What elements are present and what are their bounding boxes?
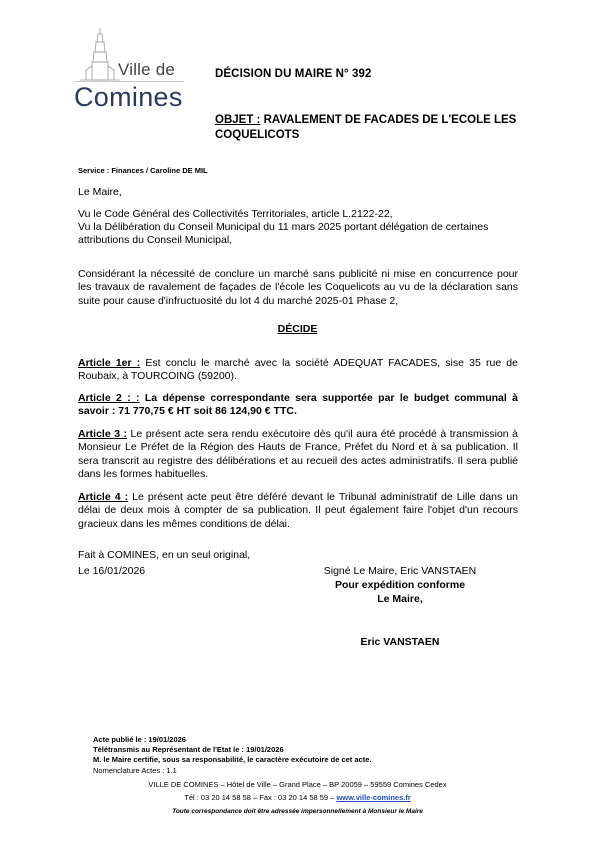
vu-deliberation: Vu la Délibération du Conseil Municipal …: [78, 221, 518, 248]
fait-a: Fait à COMINES, en un seul original,: [78, 549, 518, 562]
footer-note: Toute correspondance doit être adressée …: [0, 805, 595, 817]
decision-subject: OBJET : RAVALEMENT DE FACADES DE L'ECOLE…: [215, 113, 525, 143]
article-1-label: Article 1er :: [78, 357, 140, 369]
article-3-label: Article 3 :: [78, 428, 127, 440]
decide-heading: DÉCIDE: [0, 323, 595, 335]
considerant: Considérant la nécessité de conclure un …: [78, 268, 518, 308]
logo-line2: Comines: [74, 82, 183, 113]
expedition-conforme: Pour expédition conforme: [290, 579, 510, 592]
article-4-label: Article 4 :: [78, 491, 128, 503]
objet-label: OBJET :: [215, 114, 260, 126]
article-2: Article 2 : : La dépense correspondante …: [78, 392, 518, 419]
footer-contact: Tél : 03 20 14 58 58 – Fax : 03 20 14 58…: [0, 792, 595, 803]
website-link[interactable]: www.ville-comines.fr: [336, 793, 410, 802]
article-1: Article 1er : Est conclu le marché avec …: [78, 357, 518, 384]
acte-publie: Acte publié le : 19/01/2026: [93, 735, 186, 745]
footer-phone-fax: Tél : 03 20 14 58 58 – Fax : 03 20 14 58…: [184, 793, 336, 802]
church-spire-icon: [80, 26, 120, 82]
teletransmis: Télétransmis au Représentant de l'Etat l…: [93, 745, 284, 755]
signed-by: Signé Le Maire, Eric VANSTAEN: [290, 565, 510, 578]
city-logo: Ville de Comines: [68, 26, 188, 110]
le-maire-label: Le Maire,: [290, 593, 510, 606]
article-4: Article 4 : Le présent acte peut être dé…: [78, 491, 518, 531]
logo-line1: Ville de: [118, 60, 175, 80]
certifie: M. le Maire certifie, sous sa responsabi…: [93, 755, 371, 765]
article-2-text: La dépense correspondante sera supportée…: [78, 392, 518, 417]
nomenclature: Nomenclature Actes : 1.1: [93, 766, 177, 776]
footer-note-text: Toute correspondance doit être adressée …: [172, 808, 423, 815]
vu-code: Vu le Code Général des Collectivités Ter…: [78, 208, 518, 221]
article-3: Article 3 : Le présent acte sera rendu e…: [78, 428, 518, 481]
article-1-text: Est conclu le marché avec la société ADE…: [78, 357, 518, 382]
article-3-text: Le présent acte sera rendu exécutoire dè…: [78, 428, 518, 480]
service-line: Service : Finances / Caroline DE MIL: [78, 166, 208, 175]
objet-text: RAVALEMENT DE FACADES DE L'ECOLE LES COQ…: [215, 114, 516, 141]
decision-title: DÉCISION DU MAIRE N° 392: [215, 68, 372, 80]
footer-address: VILLE DE COMINES – Hôtel de Ville – Gran…: [0, 779, 595, 790]
mayor-name: Eric VANSTAEN: [290, 636, 510, 649]
salutation: Le Maire,: [78, 186, 518, 199]
article-4-text: Le présent acte peut être déféré devant …: [78, 491, 518, 530]
article-2-label: Article 2 : :: [78, 392, 140, 404]
